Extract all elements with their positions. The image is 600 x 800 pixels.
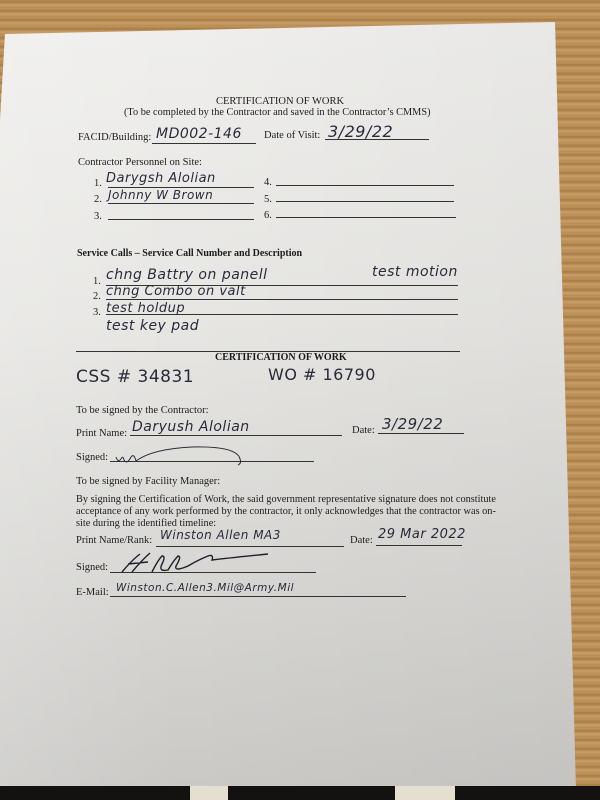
manager-date-value[interactable]: 29 Mar 2022 bbox=[378, 527, 466, 542]
manager-date-line bbox=[376, 545, 462, 546]
disclaimer-text: By signing the Certification of Work, th… bbox=[76, 494, 496, 530]
contractor-date-line bbox=[378, 433, 464, 434]
service-call-num-1: 1. bbox=[93, 276, 101, 287]
facid-value[interactable]: MD002-146 bbox=[156, 126, 242, 142]
contractor-date-value[interactable]: 3/29/22 bbox=[382, 415, 443, 433]
personnel-line-2 bbox=[108, 203, 254, 204]
personnel-name-1[interactable]: Darygsh Alolian bbox=[106, 171, 216, 186]
service-call-line-2 bbox=[106, 299, 458, 300]
wo-number[interactable]: WO # 16790 bbox=[268, 365, 376, 384]
personnel-num-3: 3. bbox=[94, 211, 102, 222]
contractor-print-label: Print Name: bbox=[76, 428, 127, 439]
contractor-signed-label: Signed: bbox=[76, 452, 108, 463]
facility-sign-label: To be signed by Facility Manager: bbox=[76, 476, 220, 487]
service-call-text-3[interactable]: test holdup bbox=[106, 301, 185, 316]
contractor-sign-label: To be signed by the Contractor: bbox=[76, 405, 209, 416]
personnel-line-3[interactable] bbox=[108, 219, 254, 220]
service-call-text-2[interactable]: chng Combo on valt bbox=[106, 284, 246, 299]
contractor-date-label: Date: bbox=[352, 425, 375, 436]
personnel-num-4: 4. bbox=[264, 177, 272, 188]
service-call-text-4[interactable]: test key pad bbox=[106, 318, 199, 334]
contractor-print-value[interactable]: Daryush Alolian bbox=[132, 419, 250, 435]
personnel-label: Contractor Personnel on Site: bbox=[78, 157, 202, 168]
form-title: CERTIFICATION OF WORK bbox=[216, 96, 344, 107]
date-of-visit-value[interactable]: 3/29/22 bbox=[328, 122, 393, 141]
css-number[interactable]: CSS # 34831 bbox=[76, 367, 194, 387]
email-line bbox=[110, 596, 406, 597]
service-call-num-2: 2. bbox=[93, 291, 101, 302]
personnel-num-5: 5. bbox=[264, 194, 272, 205]
contractor-print-line bbox=[130, 435, 342, 436]
personnel-name-2[interactable]: Johnny W Brown bbox=[108, 188, 213, 202]
personnel-line-6[interactable] bbox=[276, 217, 456, 218]
manager-print-line bbox=[156, 546, 344, 547]
manager-print-value[interactable]: Winston Allen MA3 bbox=[160, 528, 281, 542]
service-call-extra-1[interactable]: test motion bbox=[372, 264, 458, 280]
floor-background bbox=[0, 786, 600, 800]
contractor-signature[interactable] bbox=[112, 443, 262, 469]
form-subtitle: (To be completed by the Contractor and s… bbox=[124, 107, 431, 118]
manager-signature[interactable] bbox=[118, 550, 278, 576]
personnel-line-5[interactable] bbox=[276, 201, 454, 202]
service-calls-label: Service Calls – Service Call Number and … bbox=[77, 248, 302, 259]
facid-line bbox=[152, 143, 256, 144]
personnel-line-4[interactable] bbox=[276, 185, 454, 186]
date-of-visit-label: Date of Visit: bbox=[264, 130, 320, 141]
facid-label: FACID/Building: bbox=[78, 132, 151, 143]
manager-date-label: Date: bbox=[350, 535, 373, 546]
email-value[interactable]: Winston.C.Allen3.Mil@Army.Mil bbox=[116, 582, 294, 594]
personnel-num-1: 1. bbox=[94, 178, 102, 189]
section2-title: CERTIFICATION OF WORK bbox=[215, 352, 347, 363]
manager-signed-label: Signed: bbox=[76, 562, 108, 573]
personnel-num-6: 6. bbox=[264, 210, 272, 221]
manager-print-label: Print Name/Rank: bbox=[76, 535, 152, 546]
email-label: E-Mail: bbox=[76, 587, 109, 598]
service-call-text-1[interactable]: chng Battry on panell bbox=[106, 267, 268, 283]
paper-sheet bbox=[0, 0, 600, 800]
personnel-num-2: 2. bbox=[94, 194, 102, 205]
service-call-num-3: 3. bbox=[93, 307, 101, 318]
